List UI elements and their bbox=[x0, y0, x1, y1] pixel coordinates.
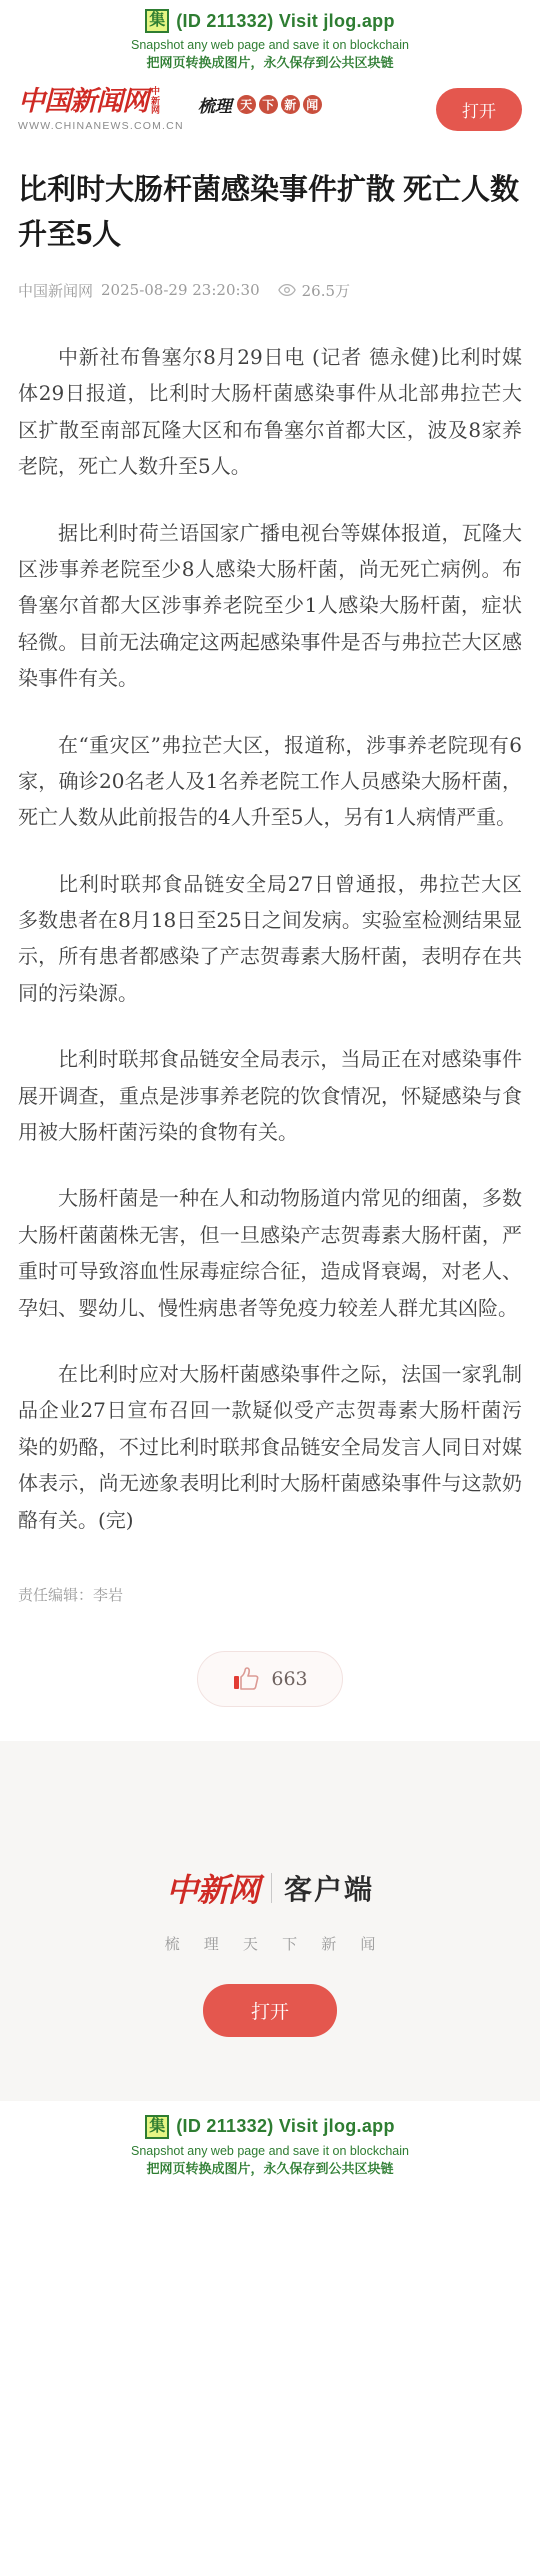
article-meta: 中国新闻网 2025-08-29 23:20:30 26.5万 bbox=[18, 280, 522, 301]
promo-subtitle-cn: 把网页转换成图片，永久保存到公共区块链 bbox=[0, 54, 540, 72]
article-paragraph: 比利时联邦食品链安全局表示，当局正在对感染事件展开调查，重点是涉事养老院的饮食情… bbox=[18, 1041, 522, 1150]
promo-subtitle-cn: 把网页转换成图片，永久保存到公共区块链 bbox=[0, 2160, 540, 2178]
footer-chinanews-logo: 中新网 bbox=[166, 1865, 259, 1911]
chinanews-logo[interactable]: 中国新闻网 中新网 WWW.CHINANEWS.COM.CN bbox=[18, 87, 184, 132]
site-header: 中国新闻网 中新网 WWW.CHINANEWS.COM.CN 梳理 天 下 新 … bbox=[0, 79, 540, 144]
article-timestamp: 2025-08-29 23:20:30 bbox=[101, 281, 260, 299]
view-count: 26.5万 bbox=[302, 280, 350, 301]
promo-link[interactable]: (ID 211332) Visit jlog.app bbox=[176, 2116, 395, 2137]
tagline-prefix-text: 梳理 bbox=[198, 92, 232, 117]
article-paragraph: 中新社布鲁塞尔8月29日电 (记者 德永健)比利时媒体29日报道，比利时大肠杆菌… bbox=[18, 339, 522, 485]
article-paragraph: 比利时联邦食品链安全局27日曾通报，弗拉芒大区多数患者在8月18日至25日之间发… bbox=[18, 866, 522, 1012]
like-count: 663 bbox=[271, 1668, 307, 1690]
footer-tagline: 梳 理 天 下 新 闻 bbox=[155, 1933, 386, 1954]
footer-open-app-button[interactable]: 打开 bbox=[203, 1984, 337, 2037]
header-tagline-graphic: 梳理 天 下 新 闻 bbox=[198, 92, 322, 117]
promo-subtitle-en: Snapshot any web page and save it on blo… bbox=[0, 2143, 540, 2160]
article-paragraph: 大肠杆菌是一种在人和动物肠道内常见的细菌，多数大肠杆菌菌株无害，但一旦感染产志贺… bbox=[18, 1180, 522, 1326]
editor-credit: 责任编辑：李岩 bbox=[18, 1584, 522, 1605]
chinanews-url: WWW.CHINANEWS.COM.CN bbox=[18, 120, 184, 132]
article-title: 比利时大肠杆菌感染事件扩散 死亡人数升至5人 bbox=[18, 168, 522, 258]
article: 比利时大肠杆菌感染事件扩散 死亡人数升至5人 中国新闻网 2025-08-29 … bbox=[0, 144, 540, 1707]
eye-icon bbox=[278, 283, 296, 297]
tagline-circle-char: 新 bbox=[281, 95, 300, 114]
article-paragraph: 据比利时荷兰语国家广播电视台等媒体报道，瓦隆大区涉事养老院至少8人感染大肠杆菌，… bbox=[18, 515, 522, 697]
article-paragraph: 在比利时应对大肠杆菌感染事件之际，法国一家乳制品企业27日宣布召回一款疑似受产志… bbox=[18, 1356, 522, 1538]
chinanews-logo-side-text: 中新网 bbox=[151, 87, 163, 115]
thumbs-up-icon bbox=[232, 1665, 262, 1693]
tagline-circle-char: 下 bbox=[259, 95, 278, 114]
open-app-button[interactable]: 打开 bbox=[436, 88, 522, 131]
article-body: 中新社布鲁塞尔8月29日电 (记者 德永健)比利时媒体29日报道，比利时大肠杆菌… bbox=[18, 339, 522, 1538]
article-paragraph: 在“重灾区”弗拉芒大区，报道称，涉事养老院现有6家，确诊20名老人及1名养老院工… bbox=[18, 727, 522, 836]
app-promo-footer: 中新网 客户端 梳 理 天 下 新 闻 打开 bbox=[0, 1741, 540, 2101]
promo-link[interactable]: (ID 211332) Visit jlog.app bbox=[176, 11, 395, 32]
promo-subtitle-en: Snapshot any web page and save it on blo… bbox=[0, 37, 540, 54]
chinanews-logo-text: 中国新闻网 bbox=[18, 87, 148, 117]
footer-client-label: 客户端 bbox=[284, 1868, 374, 1908]
blockchain-promo-banner-bottom: 集 (ID 211332) Visit jlog.app Snapshot an… bbox=[0, 2101, 540, 2185]
like-button[interactable]: 663 bbox=[197, 1651, 342, 1707]
tagline-circle-char: 天 bbox=[237, 95, 256, 114]
article-source: 中国新闻网 bbox=[18, 280, 93, 301]
footer-logo-divider bbox=[271, 1873, 272, 1903]
jlog-app-icon: 集 bbox=[145, 9, 169, 33]
tagline-circle-char: 闻 bbox=[303, 95, 322, 114]
blockchain-promo-banner-top: 集 (ID 211332) Visit jlog.app Snapshot an… bbox=[0, 0, 540, 79]
jlog-app-icon: 集 bbox=[145, 2115, 169, 2139]
